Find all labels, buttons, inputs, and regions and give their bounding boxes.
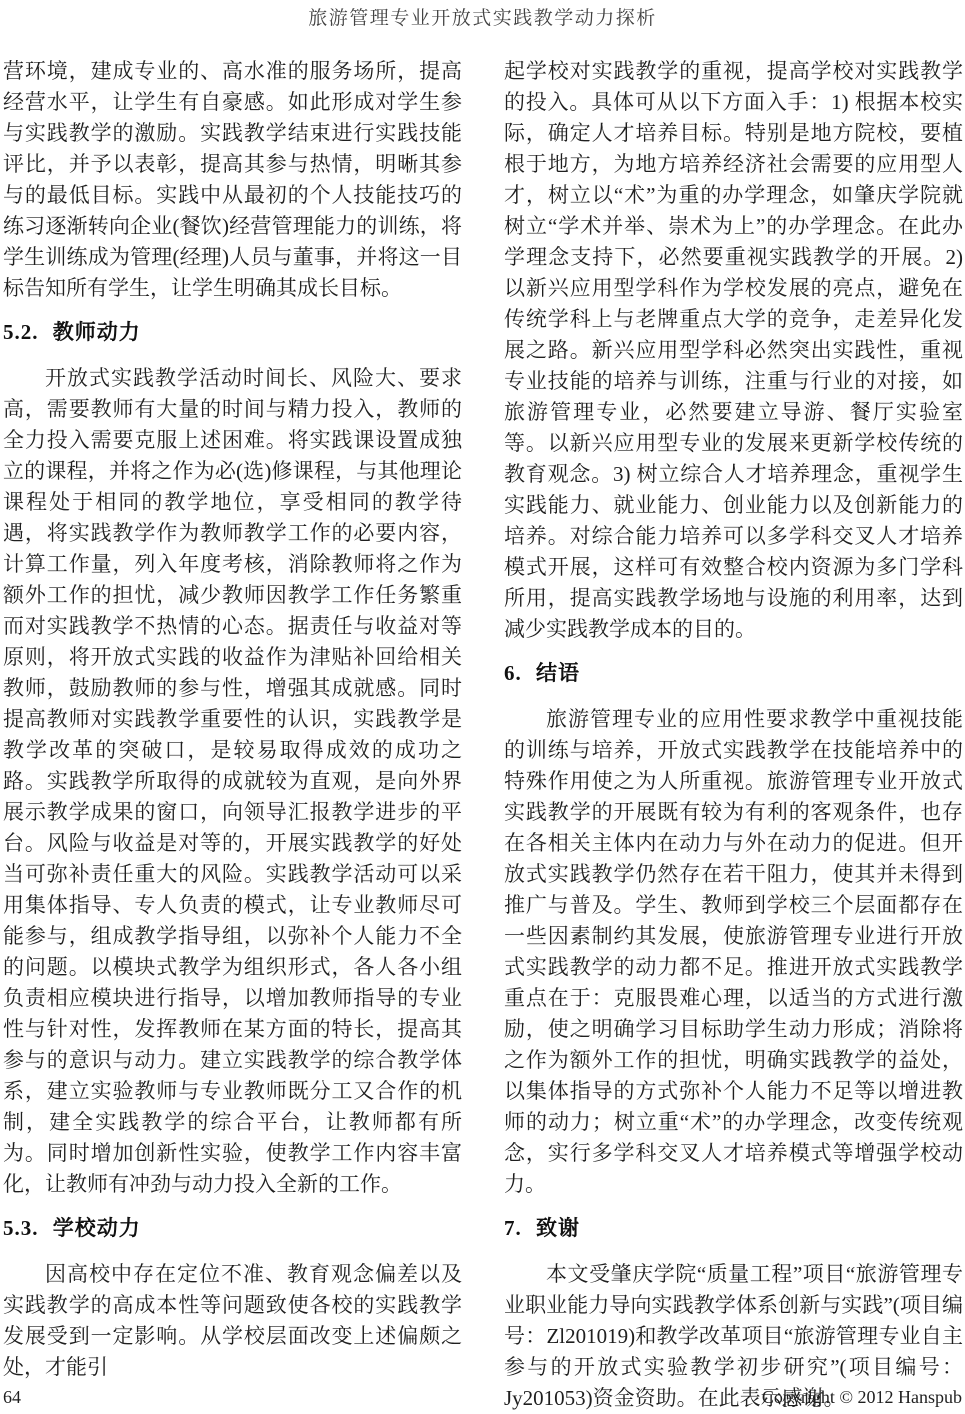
page-footer: 64 Copyright © 2012 Hanspub — [3, 1387, 962, 1408]
section-number: 7. — [504, 1216, 522, 1240]
copyright-notice: Copyright © 2012 Hanspub — [762, 1387, 962, 1408]
left-column: 营环境，建成专业的、高水准的服务场所，提高经营水平，让学生有自豪感。如此形成对学… — [3, 56, 462, 1414]
section-heading-7: 7. 致谢 — [504, 1213, 963, 1244]
section-paragraph: 因高校中存在定位不准、教育观念偏差以及实践教学的高成本性等问题致使各校的实践教学… — [3, 1259, 462, 1383]
paper-page: 旅游管理专业开放式实践教学动力探析 营环境，建成专业的、高水准的服务场所，提高经… — [0, 0, 965, 1414]
paragraph-continuation: 营环境，建成专业的、高水准的服务场所，提高经营水平，让学生有自豪感。如此形成对学… — [3, 56, 462, 304]
section-title: 学校动力 — [53, 1217, 141, 1240]
section-number: 5.2. — [3, 320, 39, 344]
right-column: 起学校对实践教学的重视，提高学校对实践教学的投入。具体可从以下方面入手：1) 根… — [504, 56, 963, 1414]
page-number: 64 — [3, 1387, 21, 1408]
section-heading-6: 6. 结语 — [504, 658, 963, 689]
section-title: 致谢 — [536, 1217, 580, 1240]
section-paragraph: 开放式实践教学活动时间长、风险大、要求高，需要教师有大量的时间与精力投入，教师的… — [3, 363, 462, 1200]
two-column-body: 营环境，建成专业的、高水准的服务场所，提高经营水平，让学生有自豪感。如此形成对学… — [3, 56, 963, 1414]
section-paragraph: 旅游管理专业的应用性要求教学中重视技能的训练与培养，开放式实践教学在技能培养中的… — [504, 704, 963, 1200]
section-heading-5-2: 5.2. 教师动力 — [3, 317, 462, 348]
section-number: 5.3. — [3, 1216, 39, 1240]
section-title: 教师动力 — [53, 321, 141, 344]
paragraph-continuation: 起学校对实践教学的重视，提高学校对实践教学的投入。具体可从以下方面入手：1) 根… — [504, 56, 963, 645]
section-title: 结语 — [536, 662, 580, 685]
section-number: 6. — [504, 661, 522, 685]
running-head-title: 旅游管理专业开放式实践教学动力探析 — [0, 3, 965, 30]
section-heading-5-3: 5.3. 学校动力 — [3, 1213, 462, 1244]
